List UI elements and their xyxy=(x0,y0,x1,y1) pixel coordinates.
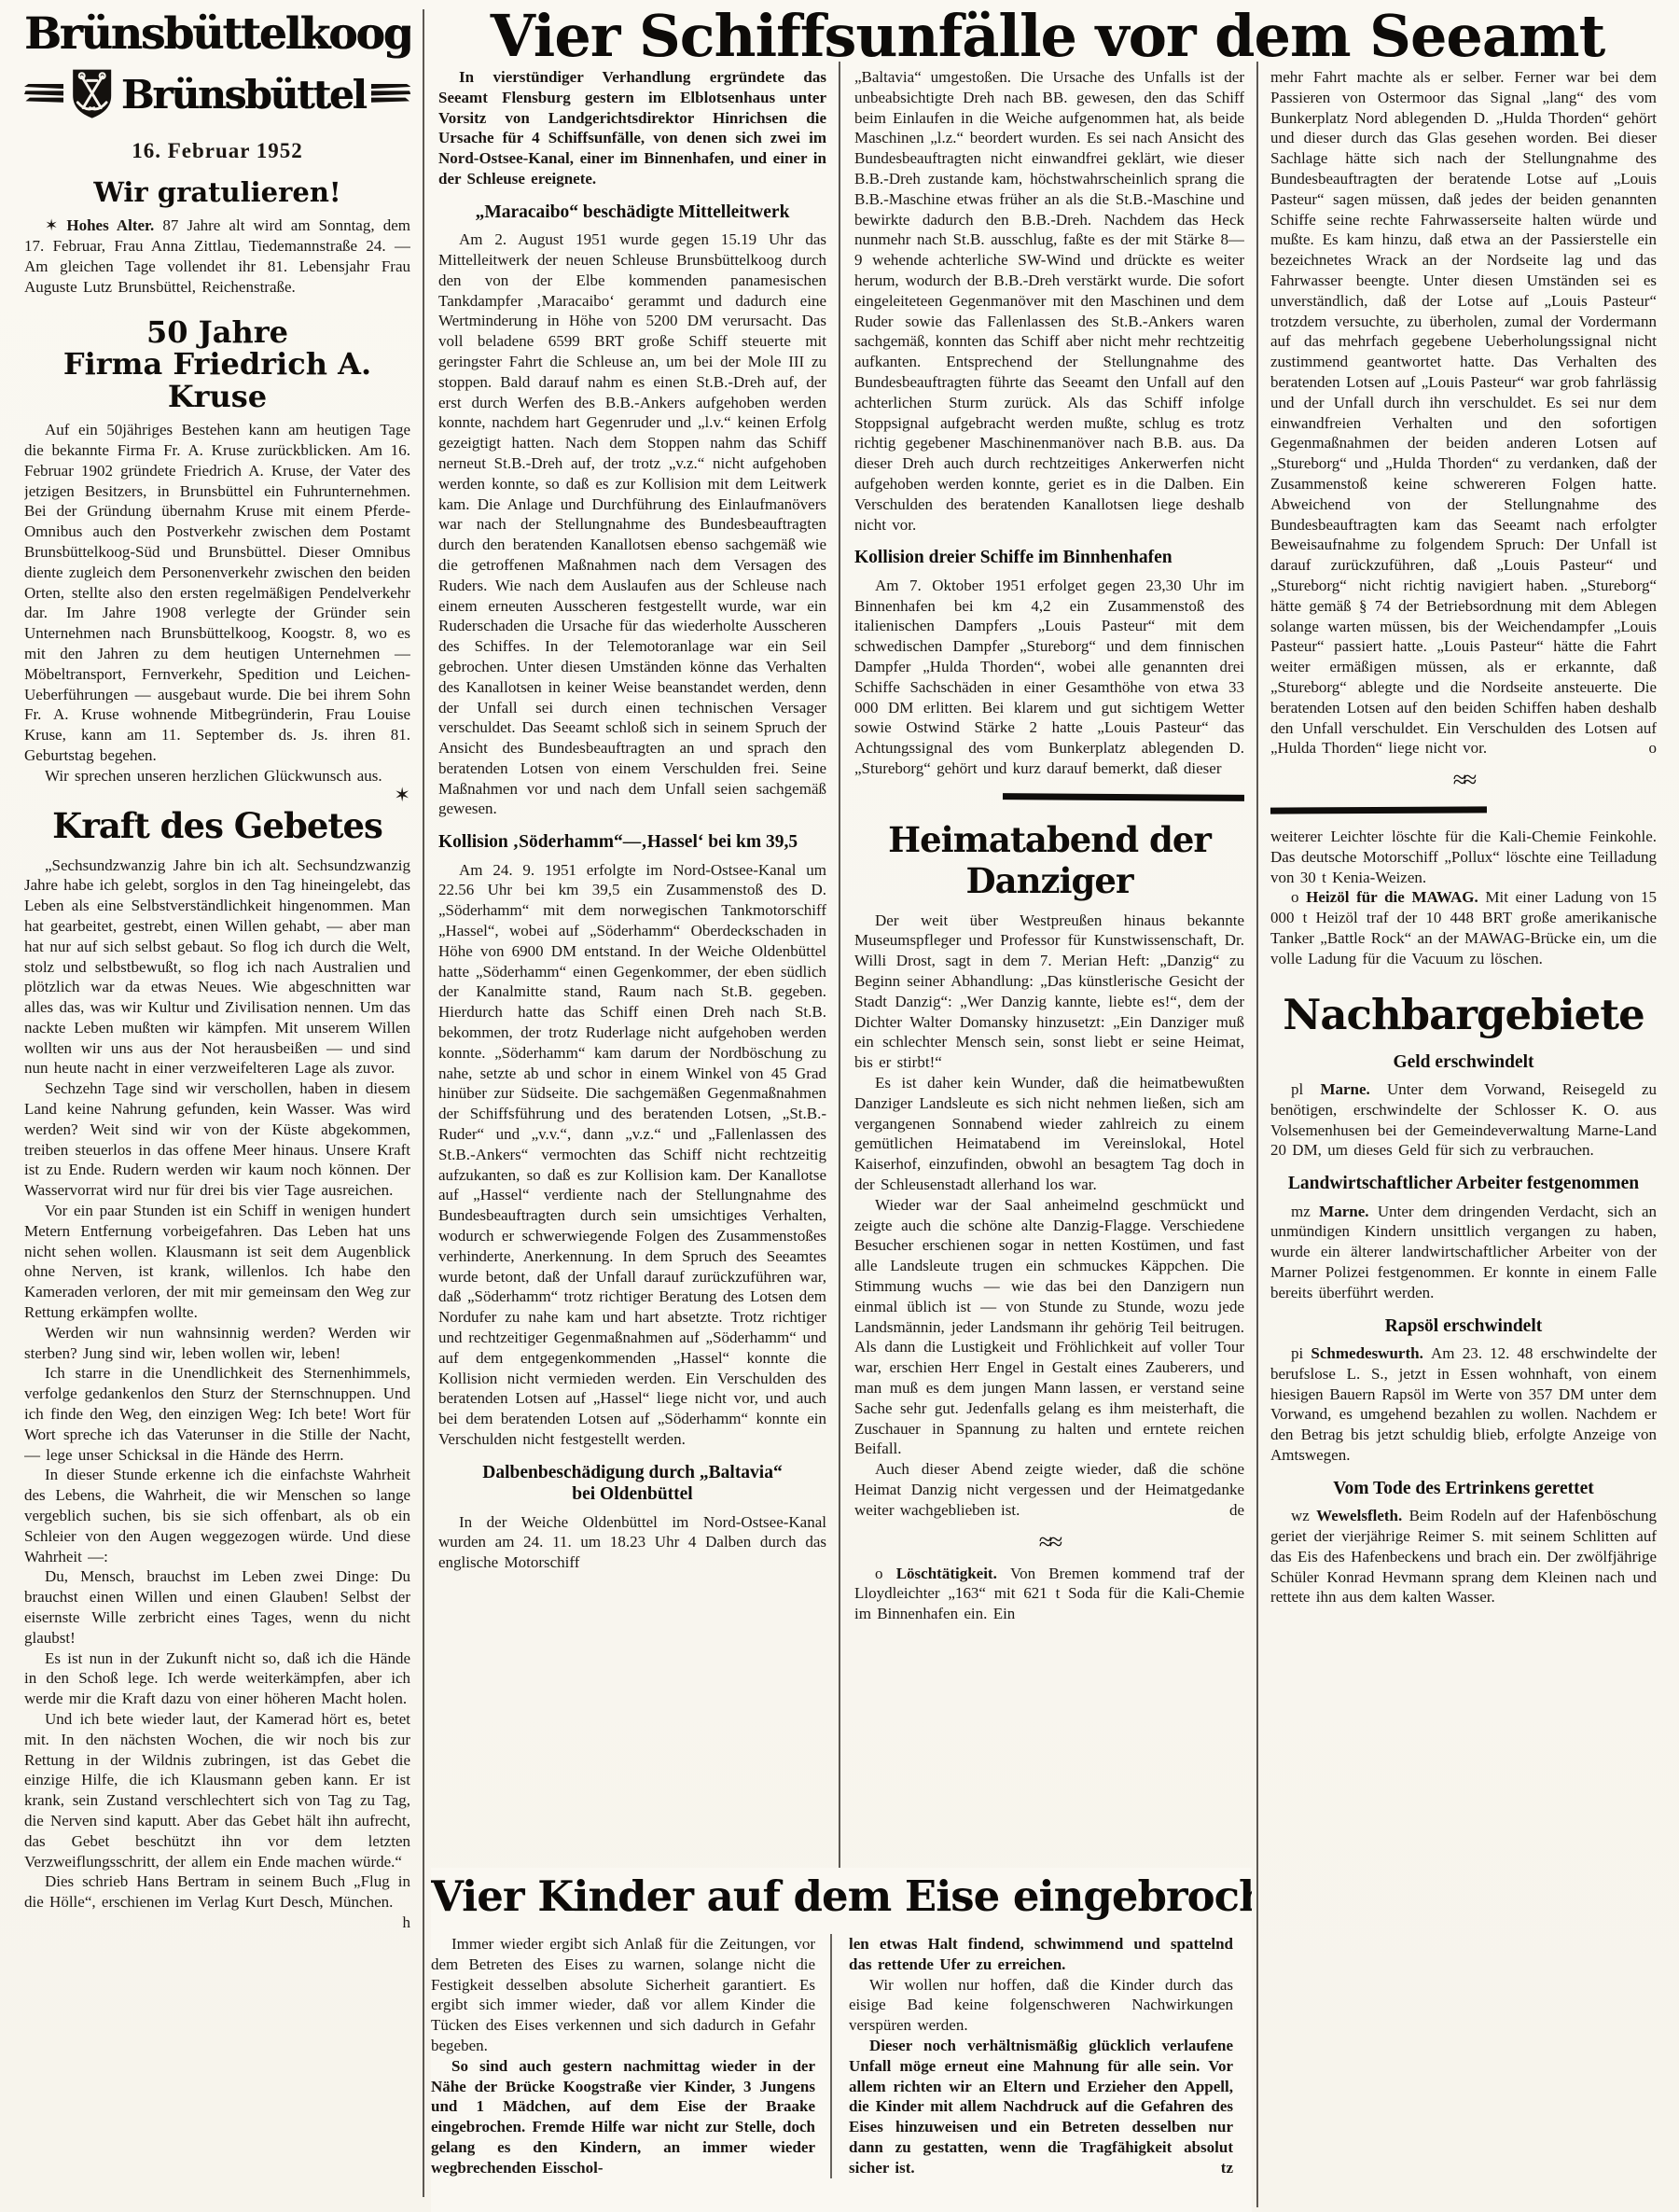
article-paragraph: In der Weiche Oldenbüttel im Nord-Ostsee… xyxy=(438,1512,826,1573)
paragraph-lead: Schmedeswurth. xyxy=(1311,1344,1431,1362)
bottom-columns: Immer wieder ergibt sich Anlaß für die Z… xyxy=(431,1934,1252,2178)
article-heading: Nachbargebiete xyxy=(1270,990,1657,1039)
paragraph-marker: wz xyxy=(1291,1507,1316,1524)
article-paragraph: Vor ein paar Stunden ist ein Schiff in w… xyxy=(24,1201,410,1323)
article-paragraph: Immer wieder ergibt sich Anlaß für die Z… xyxy=(431,1934,815,2056)
article-paragraph: len etwas Halt findend, schwimmend und s… xyxy=(849,1934,1233,1975)
article-subheading: Kollision ‚Söderhamm“—‚Hassel‘ bei km 39… xyxy=(438,831,826,853)
article-subheading: Vom Tode des Ertrinkens gerettet xyxy=(1270,1478,1657,1499)
paragraph-lead: Marne. xyxy=(1319,1203,1378,1220)
divider-ornament-icon: ≈≈ xyxy=(1270,768,1657,792)
article-subheading: Rapsöl erschwindelt xyxy=(1270,1315,1657,1337)
paragraph-lead: Heizöl für die MAWAG. xyxy=(1306,888,1485,906)
article-paragraph: Auch dieser Abend zeigte wieder, daß die… xyxy=(854,1459,1244,1520)
article-paragraph: Auf ein 50jähriges Bestehen kann am heut… xyxy=(24,420,410,766)
article-paragraph: Ich starre in die Unendlichkeit des Ster… xyxy=(24,1363,410,1465)
paragraph-lead: Hohes Alter. xyxy=(66,216,162,234)
author-initials: h xyxy=(369,1913,411,1933)
paragraph-marker: pl xyxy=(1291,1080,1320,1098)
section-divider-rule xyxy=(1003,793,1244,801)
article-paragraph: Am 7. Oktober 1951 erfolget gegen 23,30 … xyxy=(854,576,1244,779)
column-4-articles: mehr Fahrt machte als er selber. Ferner … xyxy=(1270,67,1657,1607)
paragraph-marker: o xyxy=(1291,888,1306,906)
paragraph-marker: ✶ xyxy=(45,216,66,234)
article-heading: Wir gratulieren! xyxy=(24,176,410,208)
article-paragraph: In vierstündiger Verhandlung ergründete … xyxy=(438,67,826,189)
author-initials: tz xyxy=(1187,2158,1233,2178)
article-subheading: Kollision dreier Schiffe im Binnhenhafen xyxy=(854,547,1244,568)
paragraph-lead: Wewelsfleth. xyxy=(1316,1507,1408,1524)
article-subheading: „Maracaibo“ beschädigte Mittelleitwerk xyxy=(438,202,826,223)
bottom-left-column: Immer wieder ergibt sich Anlaß für die Z… xyxy=(431,1934,830,2178)
article-paragraph: o Löschtätigkeit. Von Bremen kommend tra… xyxy=(854,1564,1244,1624)
article-heading: 50 JahreFirma Friedrich A. Kruse xyxy=(24,316,410,413)
bottom-headline: Vier Kinder auf dem Eise eingebrochen xyxy=(431,1871,1252,1921)
article-subheading: Geld erschwindelt xyxy=(1270,1051,1657,1073)
column-divider-rule xyxy=(839,62,840,1868)
masthead-title: Brünsbüttelkoog xyxy=(24,11,410,57)
article-paragraph: Sechzehn Tage sind wir verschollen, habe… xyxy=(24,1078,410,1201)
paragraph-marker: mz xyxy=(1291,1203,1319,1220)
article-paragraph: In dieser Stunde erkenne ich die einfach… xyxy=(24,1465,410,1566)
article-paragraph: Und ich bete wieder laut, der Kamerad hö… xyxy=(24,1709,410,1871)
column-divider-rule xyxy=(1256,62,1258,2207)
bottom-right-column: len etwas Halt findend, schwimmend und s… xyxy=(830,1934,1233,2178)
bottom-section: Vier Kinder auf dem Eise eingebrochen Im… xyxy=(431,1868,1252,2212)
article-paragraph: mz Marne. Unter dem dringenden Verdacht,… xyxy=(1270,1202,1657,1303)
stripes-left-ornament-icon xyxy=(24,78,63,110)
author-initials: o xyxy=(1636,738,1658,758)
issue-date: 16. Februar 1952 xyxy=(24,139,410,163)
column-3: „Baltavia“ umgestoßen. Die Ursache des U… xyxy=(854,67,1244,1871)
article-paragraph: mehr Fahrt machte als er selber. Ferner … xyxy=(1270,67,1657,758)
paragraph-lead: Marne. xyxy=(1320,1080,1387,1098)
article-paragraph: o Heizöl für die MAWAG. Mit einer Ladung… xyxy=(1270,887,1657,968)
article-paragraph: wz Wewelsfleth. Beim Rodeln auf der Hafe… xyxy=(1270,1506,1657,1607)
article-paragraph: Werden wir nun wahnsinnig werden? Werden… xyxy=(24,1323,410,1364)
article-paragraph: Der weit über Westpreußen hinaus bekannt… xyxy=(854,911,1244,1073)
divider-ornament-icon: ≈≈ xyxy=(854,1530,1244,1554)
paragraph-marker: o xyxy=(875,1565,896,1582)
masthead: Brünsbüttelkoog xyxy=(24,11,410,163)
article-paragraph: Am 24. 9. 1951 erfolgte im Nord-Ostsee-K… xyxy=(438,860,826,1450)
article-paragraph: Dies schrieb Hans Bertram in seinem Buch… xyxy=(24,1871,410,1913)
stripes-right-ornament-icon xyxy=(371,78,410,110)
article-paragraph: ✶ Hohes Alter. 87 Jahre alt wird am Sonn… xyxy=(24,216,410,297)
crest-shield-icon xyxy=(71,59,113,130)
article-paragraph: „Sechsundzwanzig Jahre bin ich alt. Sech… xyxy=(24,856,410,1079)
paragraph-marker: pi xyxy=(1291,1344,1311,1362)
masthead-subtitle-row: Brünsbüttel xyxy=(24,59,410,130)
article-heading: Kraft des Gebetes xyxy=(24,805,410,846)
column-1-articles: Wir gratulieren!✶ Hohes Alter. 87 Jahre … xyxy=(24,176,410,1913)
article-paragraph: Wir wollen nur hoffen, daß die Kinder du… xyxy=(849,1975,1233,2036)
article-paragraph: Wieder war der Saal anheimelnd geschmück… xyxy=(854,1195,1244,1459)
column-2: In vierstündiger Verhandlung ergründete … xyxy=(438,67,826,1868)
section-divider-rule xyxy=(1270,806,1487,814)
column-4: mehr Fahrt machte als er selber. Ferner … xyxy=(1270,67,1657,2204)
article-paragraph: Es ist daher kein Wunder, daß die heimat… xyxy=(854,1073,1244,1195)
article-heading: Heimatabend der Danziger xyxy=(854,819,1244,901)
author-initials: de xyxy=(1196,1500,1244,1521)
article-subheading: Landwirtschaftlicher Arbeiter festgenomm… xyxy=(1270,1173,1657,1194)
main-headline: Vier Schiffsunfälle vor dem Seeamt xyxy=(438,2,1657,70)
article-paragraph: Wir sprechen unseren herzlichen Glückwun… xyxy=(24,766,410,786)
article-paragraph: „Baltavia“ umgestoßen. Die Ursache des U… xyxy=(854,67,1244,535)
column-1: Brünsbüttelkoog xyxy=(24,11,410,2205)
article-paragraph: pi Schmedeswurth. Am 23. 12. 48 erschwin… xyxy=(1270,1343,1657,1466)
article-paragraph: pl Marne. Unter dem Vorwand, Reisegeld z… xyxy=(1270,1079,1657,1161)
article-paragraph: weiterer Leichter löschte für die Kali-C… xyxy=(1270,827,1657,887)
column-2-articles: In vierstündiger Verhandlung ergründete … xyxy=(438,67,826,1573)
masthead-subtitle: Brünsbüttel xyxy=(121,72,366,118)
article-paragraph: So sind auch gestern nachmittag wieder i… xyxy=(431,2056,815,2178)
column-3-articles: „Baltavia“ umgestoßen. Die Ursache des U… xyxy=(854,67,1244,1624)
column-divider-rule xyxy=(423,9,424,2197)
article-paragraph: Am 2. August 1951 wurde gegen 15.19 Uhr … xyxy=(438,230,826,819)
article-paragraph: Dieser noch verhältnismäßig glücklich ve… xyxy=(849,2036,1233,2178)
article-paragraph: Du, Mensch, brauchst im Leben zwei Dinge… xyxy=(24,1566,410,1648)
article-subheading: Dalbenbeschädigung durch „Baltavia“bei O… xyxy=(438,1462,826,1506)
paragraph-lead: Löschtätigkeit. xyxy=(896,1565,1010,1582)
star-ornament-icon: ✶ xyxy=(373,786,410,803)
article-paragraph: Es ist nun in der Zukunft nicht so, daß … xyxy=(24,1649,410,1709)
newspaper-page: Vier Schiffsunfälle vor dem Seeamt Brüns… xyxy=(0,0,1679,2212)
